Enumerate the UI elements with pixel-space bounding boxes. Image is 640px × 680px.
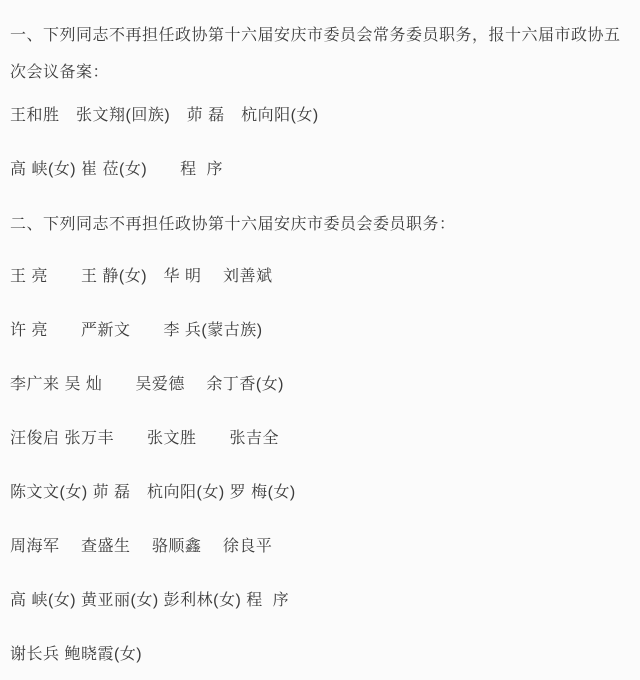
section-1-heading: 一、下列同志不再担任政协第十六届安庆市委员会常务委员职务，报十六届市政协五次会议… [10,17,630,91]
section-2-name-line-5: 陈文文(女) 茆 磊 杭向阳(女) 罗 梅(女) [10,484,630,501]
section-2-name-line-6: 周海军 查盛生 骆顺鑫 徐良平 [10,538,630,555]
section-2-name-line-1: 王 亮 王 静(女) 华 明 刘善斌 [10,268,630,285]
section-2-heading: 二、下列同志不再担任政协第十六届安庆市委员会委员职务： [10,206,630,243]
section-1-name-line-2: 高 峡(女) 崔 莅(女) 程 序 [10,161,630,178]
section-2-name-line-7: 高 峡(女) 黄亚丽(女) 彭利林(女) 程 序 [10,592,630,609]
section-2-name-line-4: 汪俊启 张万丰 张文胜 张吉全 [10,430,630,447]
document-page: 一、下列同志不再担任政协第十六届安庆市委员会常务委员职务，报十六届市政协五次会议… [0,0,640,680]
section-2-name-line-3: 李广来 吴 灿 吴爱德 余丁香(女) [10,376,630,393]
section-2-name-line-2: 许 亮 严新文 李 兵(蒙古族) [10,322,630,339]
section-1-name-line-1: 王和胜 张文翔(回族) 茆 磊 杭向阳(女) [10,107,630,124]
section-2-name-line-8: 谢长兵 鲍晓霞(女) [10,646,630,663]
